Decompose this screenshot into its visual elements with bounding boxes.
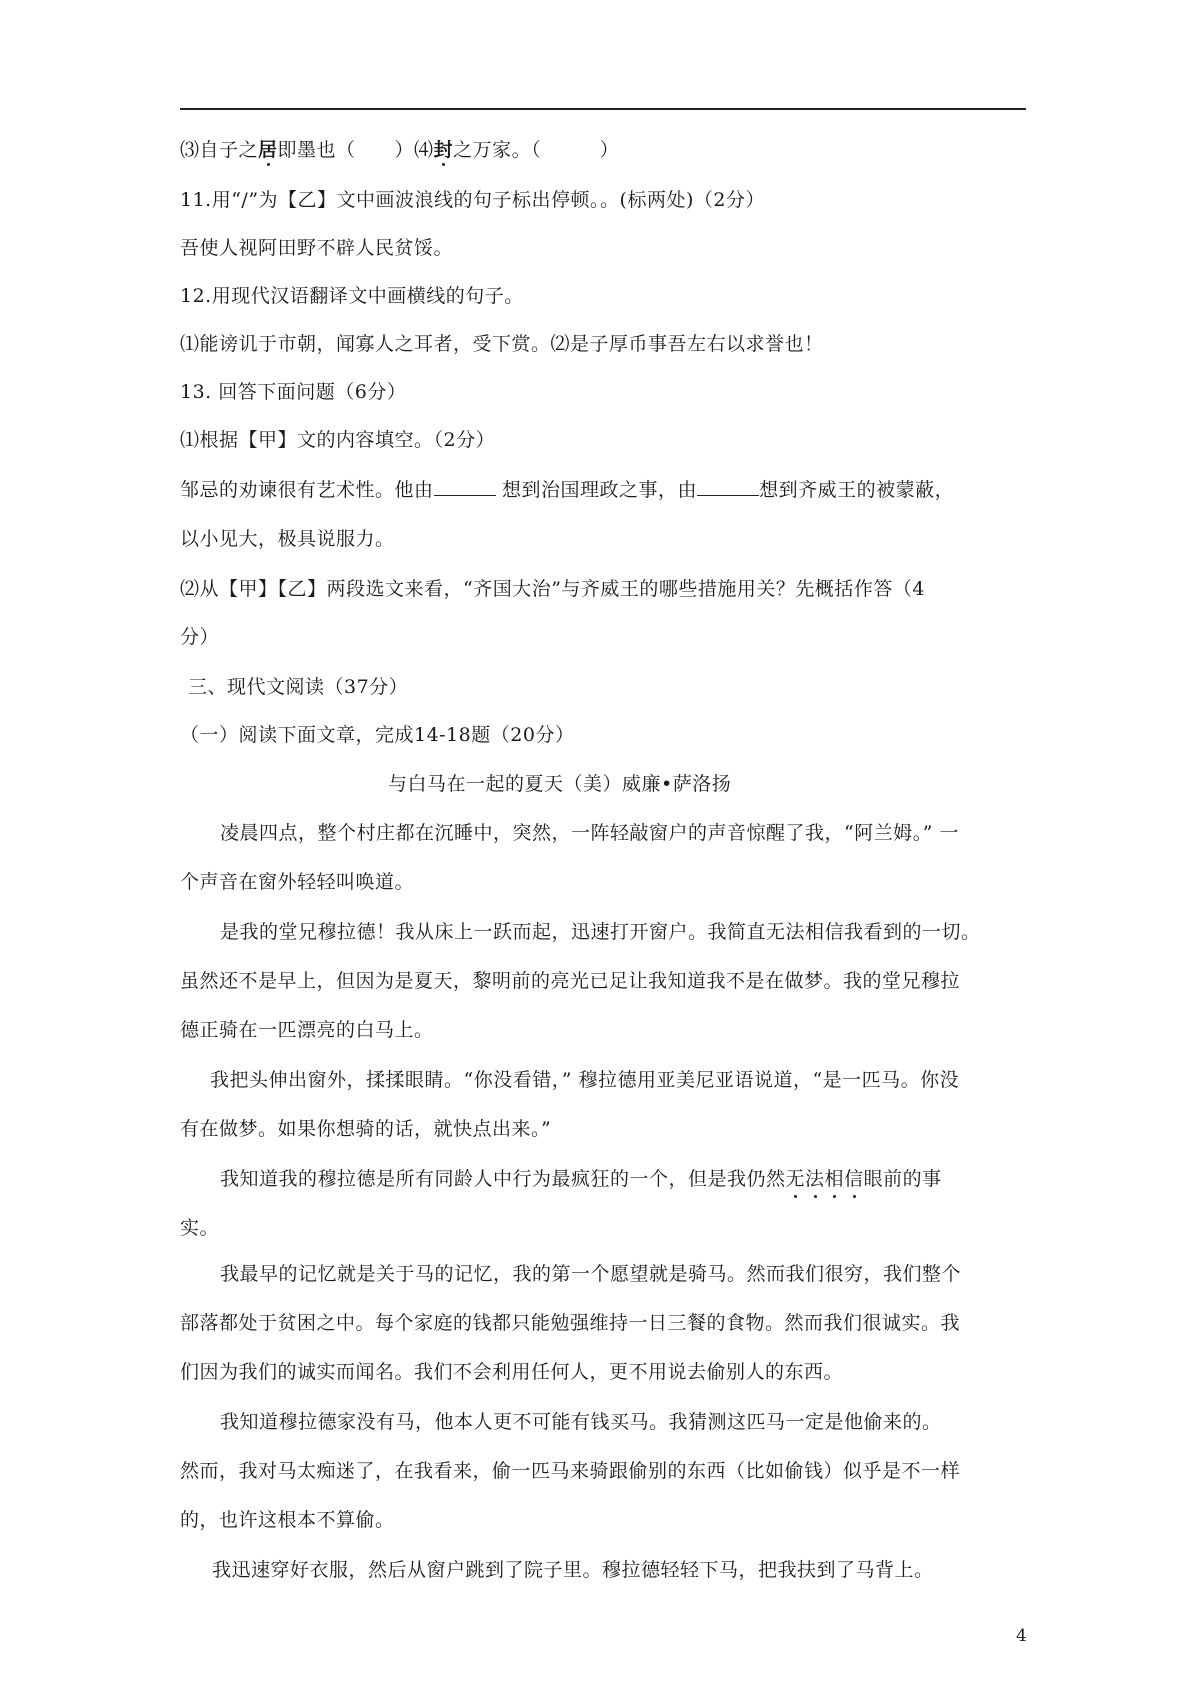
dotted-char-4: 信 [844,1168,864,1190]
q13-sub1-prompt: ⑴根据【甲】文的内容填空。（2分） [180,428,495,452]
q12-sentences: ⑴能谤讥于市朝，闻寡人之耳者，受下赏。⑵是子厚币事吾左右以求誉也！ [180,332,824,356]
paragraph-5-line-3: 们因为我们的诚实而闻名。我们不会利用任何人，更不用说去偷别人的东西。 [180,1360,843,1384]
paragraph-4-text-a: 我知道我的穆拉德是所有同龄人中行为最疯狂的一个，但是我仍然 [220,1168,786,1190]
paragraph-5-line-1: 我最早的记忆就是关于马的记忆，我的第一个愿望就是骑马。然而我们很穷，我们整个 [220,1262,961,1286]
dotted-char-1: 无 [786,1168,806,1190]
q13-sub2-line2: 分） [180,625,219,649]
paragraph-2-line-2: 虽然还不是早上，但因为是夏天，黎明前的亮光已足让我知道我不是在做梦。我的堂兄穆拉 [180,969,960,993]
q10-item4-suffix: 之万家。（ ） [453,139,619,161]
paragraph-1-line-1: 凌晨四点，整个村庄都在沉睡中，突然，一阵轻敲窗户的声音惊醒了我，“阿兰姆。” 一 [220,821,959,845]
dotted-char-2: 法 [805,1168,825,1190]
q10-item4-emphasis: 封 [434,139,454,161]
paragraph-2-line-1: 是我的堂兄穆拉德！我从床上一跃而起，迅速打开窗户。我简直无法相信我看到的一切。 [220,920,981,944]
page-number: 4 [1016,1626,1027,1646]
paragraph-3-line-1: 我把头伸出窗外，揉揉眼睛。“你没看错，” 穆拉德用亚美尼亚语说道，“是一匹马。你… [210,1068,959,1092]
paragraph-4-line-2: 实。 [180,1216,219,1240]
fill-in-blank-1[interactable] [434,477,496,496]
q13-prompt: 13. 回答下面问题（6分） [180,380,406,404]
q13-sub1-text-a: 邹忌的劝谏很有艺术性。他由 [180,479,434,501]
q10-item3-prefix: ⑶自子之 [180,139,258,161]
q13-sub1-line1: 邹忌的劝谏很有艺术性。他由 想到治国理政之事，由想到齐威王的被蒙蔽， [180,477,954,502]
q13-sub2-line1: ⑵从【甲】【乙】两段选文来看，“齐国大治”与齐威王的哪些措施用关？先概括作答（4 [180,577,925,601]
paragraph-6-line-1: 我知道穆拉德家没有马，他本人更不可能有钱买马。我猜测这匹马一定是他偷来的。 [220,1410,942,1434]
q10-item4-prefix: ⑷ [414,139,434,161]
q11-sentence: 吾使人视阿田野不辟人民贫馁。 [180,236,453,260]
q13-sub1-line2: 以小见大，极具说服力。 [180,527,395,551]
section3-heading: 三、现代文阅读（37分） [188,675,408,699]
fill-in-blank-2[interactable] [697,477,759,496]
paragraph-4-line-1: 我知道我的穆拉德是所有同龄人中行为最疯狂的一个，但是我仍然无法相信眼前的事 [220,1167,942,1191]
article-title: 与白马在一起的夏天（美）威廉•萨洛扬 [388,772,731,796]
header-rule [180,108,1026,110]
paragraph-2-line-3: 德正骑在一匹漂亮的白马上。 [180,1018,434,1042]
q10-item3-emphasis: 居 [258,139,278,161]
q10-item3-suffix: 即墨也（ ） [278,139,415,161]
q11-prompt: 11.用“/”为【乙】文中画波浪线的句子标出停顿。。(标两处)（2分） [180,188,765,212]
paragraph-5-line-2: 部落都处于贫困之中。每个家庭的钱都只能勉强维持一日三餐的食物。然而我们很诚实。我 [180,1311,960,1335]
paragraph-7-line-1: 我迅速穿好衣服，然后从窗户跳到了院子里。穆拉德轻轻下马，把我扶到了马背上。 [212,1558,934,1582]
section3-subheading: （一）阅读下面文章，完成14-18题（20分） [180,723,574,747]
paragraph-6-line-2: 然而，我对马太痴迷了，在我看来，偷一匹马来骑跟偷别的东西（比如偷钱）似乎是不一样 [180,1459,960,1483]
paragraph-3-line-2: 有在做梦。如果你想骑的话，就快点出来。” [180,1117,551,1141]
q12-prompt: 12.用现代汉语翻译文中画横线的句子。 [180,284,524,308]
q10-items-line: ⑶自子之居即墨也（ ）⑷封之万家。（ ） [180,138,619,162]
q13-sub1-text-c: 想到齐威王的被蒙蔽， [759,479,954,501]
paragraph-6-line-3: 的，也许这根本不算偷。 [180,1508,395,1532]
paragraph-4-text-b: 眼前的事 [864,1168,942,1190]
paragraph-1-line-2: 个声音在窗外轻轻叫唤道。 [180,870,414,894]
q13-sub1-text-b: 想到治国理政之事，由 [496,479,698,501]
dotted-char-3: 相 [825,1168,845,1190]
